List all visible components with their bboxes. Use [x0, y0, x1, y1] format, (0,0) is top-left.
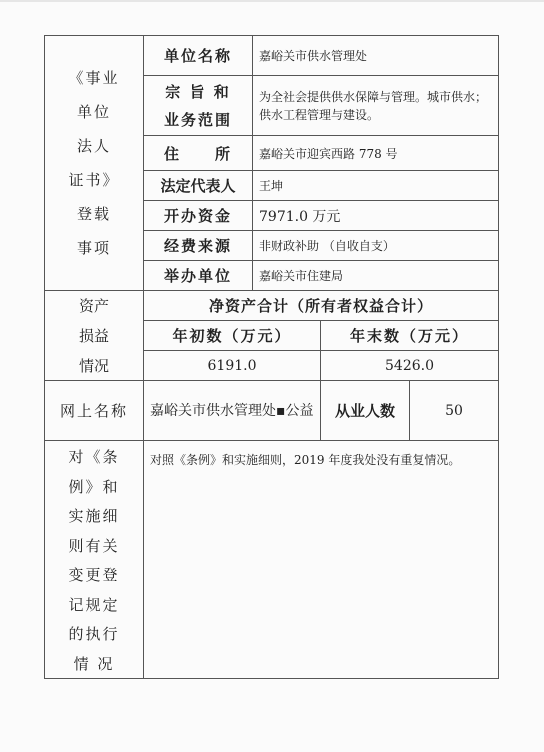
field-label-sponsor: 举办单位 [143, 260, 253, 291]
field-label-address: 住 所 [143, 135, 253, 171]
label-line: 宗 旨 和 [165, 78, 230, 106]
staff-count-label: 从业人数 [320, 380, 410, 441]
field-label-name: 单位名称 [143, 35, 253, 76]
begin-year-value: 6191.0 [143, 350, 321, 381]
label-line: 事项 [77, 231, 111, 265]
certificate-section-label: 《事业 单位 法人 证书》 登载 事项 [44, 35, 144, 291]
label-line: 变更登 [68, 561, 119, 591]
regulation-value: 对照《条例》和实施细则，2019 年度我处没有重复情况。 [143, 440, 499, 679]
label-line: 登载 [77, 197, 111, 231]
end-year-value: 5426.0 [320, 350, 499, 381]
label-line: 资产 [79, 291, 109, 321]
regulation-label: 对《条 例》和 实施细 则有关 变更登 记规定 的执行 情 况 [44, 440, 144, 679]
net-assets-header: 净资产合计（所有者权益合计） [143, 290, 499, 321]
field-value-funding: 非财政补助 （自收自支） [252, 230, 499, 261]
label-line: 情 况 [74, 650, 115, 680]
label-line: 情况 [79, 351, 109, 381]
begin-year-header: 年初数（万元） [143, 320, 321, 351]
field-value-capital: 7971.0 万元 [252, 200, 499, 231]
label-line: 对《条 [68, 443, 119, 473]
assets-label: 资产 损益 情况 [44, 290, 144, 381]
label-line: 证书》 [68, 163, 119, 197]
staff-count-value: 50 [409, 380, 499, 441]
field-value-sponsor: 嘉峪关市住建局 [252, 260, 499, 291]
field-label-legal-rep: 法定代表人 [143, 170, 253, 201]
field-label-capital: 开办资金 [143, 200, 253, 231]
field-value-legal-rep: 王坤 [252, 170, 499, 201]
label-line: 《事业 [68, 61, 119, 95]
field-label-funding: 经费来源 [143, 230, 253, 261]
label-line: 实施细 [68, 502, 119, 532]
label-line: 单位 [77, 95, 111, 129]
field-label-purpose: 宗 旨 和 业务范围 [143, 75, 253, 136]
label-line: 法人 [77, 129, 111, 163]
field-value-name: 嘉峪关市供水管理处 [252, 35, 499, 76]
top-band [0, 0, 544, 2]
label-line: 则有关 [68, 532, 119, 562]
field-value-purpose: 为全社会提供供水保障与管理。城市供水；供水工程管理与建设。 [252, 75, 499, 136]
label-line: 记规定 [68, 591, 119, 621]
field-value-address: 嘉峪关市迎宾西路 778 号 [252, 135, 499, 171]
online-name-value: 嘉峪关市供水管理处▪公益 [143, 380, 321, 441]
label-line: 的执行 [68, 620, 119, 650]
label-line: 损益 [79, 321, 109, 351]
label-line: 例》和 [68, 473, 119, 503]
online-name-label: 网上名称 [44, 380, 144, 441]
label-line: 业务范围 [164, 106, 232, 134]
end-year-header: 年末数（万元） [320, 320, 499, 351]
